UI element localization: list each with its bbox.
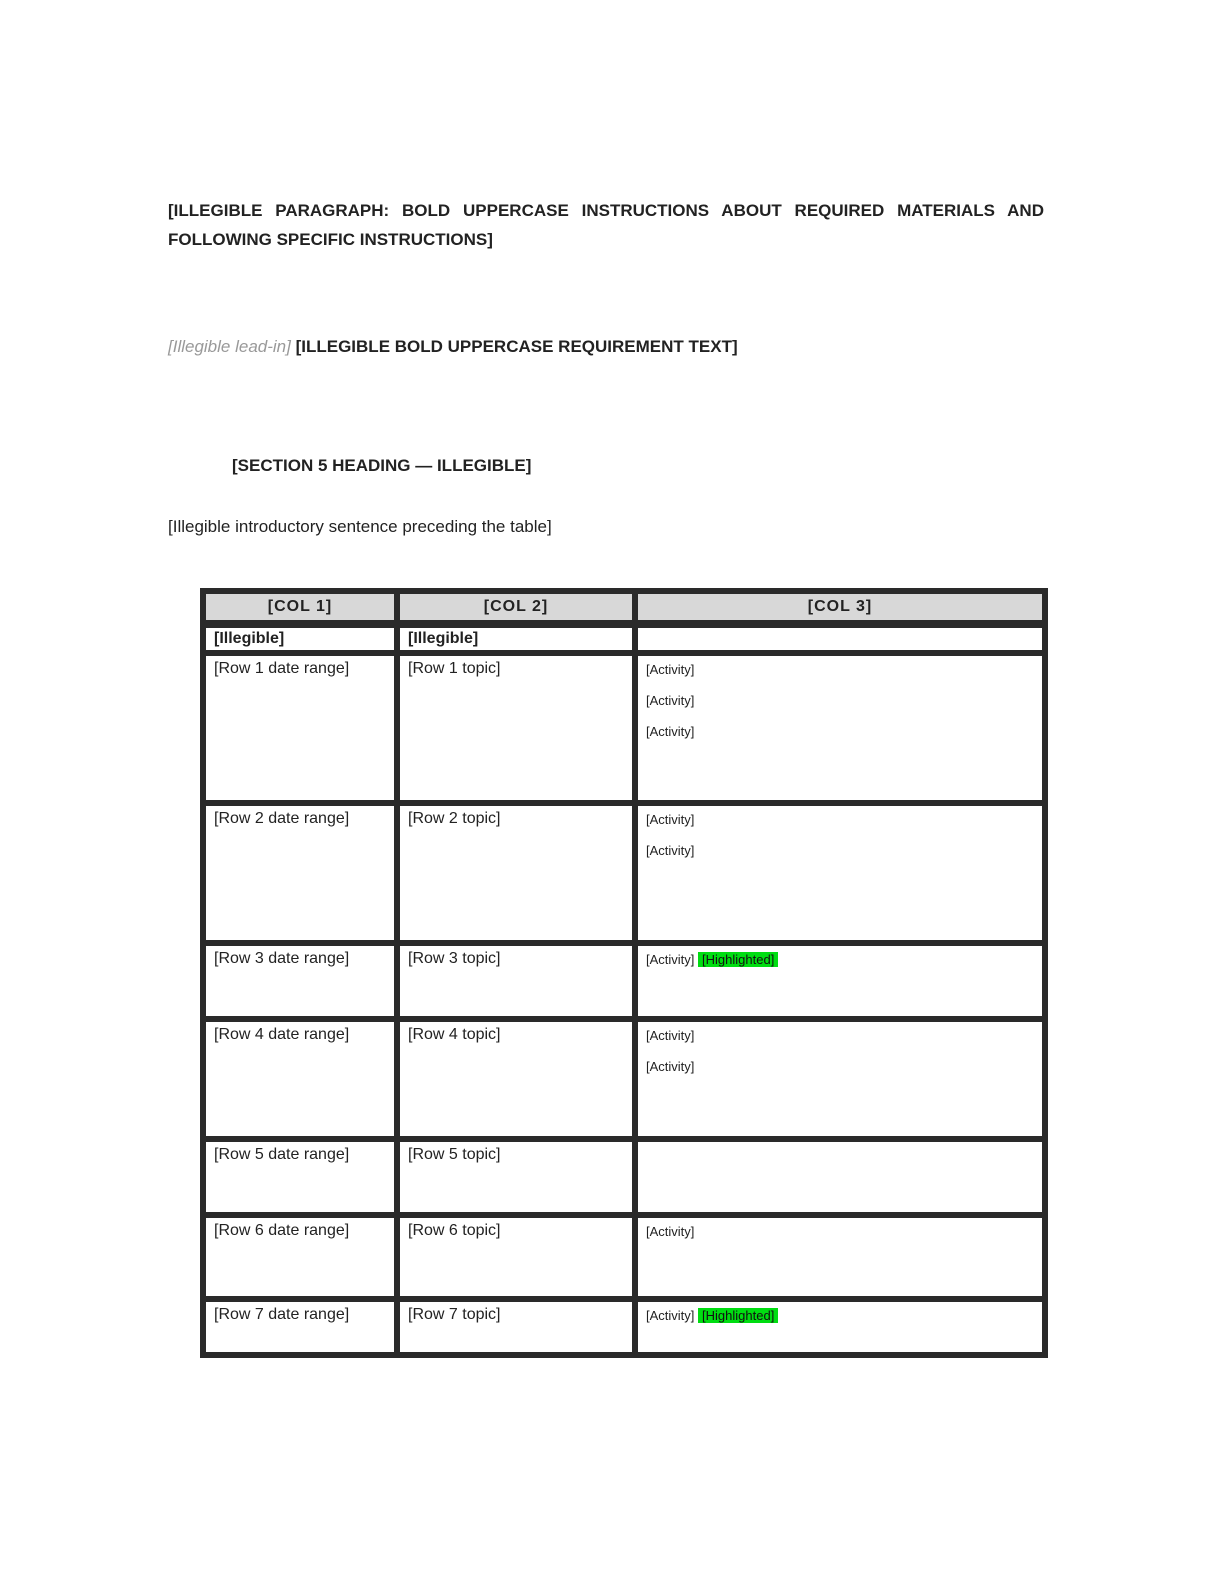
topic-cell: [Row 1 topic] [397, 653, 635, 803]
activity-label: [Activity] [646, 843, 694, 858]
activity-text: [Activity] [Highlighted] [646, 950, 1034, 969]
activity-label: [Activity] [646, 1308, 694, 1323]
topic-cell: [Row 3 topic] [397, 943, 635, 1019]
table-row: [Row 3 date range][Row 3 topic][Activity… [203, 943, 1045, 1019]
date-cell: [Row 3 date range] [203, 943, 397, 1019]
activity-text: [Activity] [646, 810, 1034, 829]
activities-cell: [Activity] [635, 1215, 1045, 1299]
activity-label: [Activity] [646, 693, 694, 708]
requirement-bold: [Illegible bold uppercase requirement te… [296, 337, 738, 356]
date-cell: [Row 2 date range] [203, 803, 397, 943]
activity-text: [Activity] [646, 1057, 1034, 1076]
header-col-3: [Col 3] [635, 591, 1045, 624]
table-header-row: [Col 1] [Col 2] [Col 3] [203, 591, 1045, 624]
table-row: [Row 7 date range][Row 7 topic][Activity… [203, 1299, 1045, 1355]
activity-label: [Activity] [646, 724, 694, 739]
activity-label: [Activity] [646, 662, 694, 677]
activity-text: [Activity] [646, 660, 1034, 679]
activity-label: [Activity] [646, 1224, 694, 1239]
instructions-paragraph: [Illegible paragraph: bold uppercase ins… [168, 196, 1044, 254]
date-cell: [Row 1 date range] [203, 653, 397, 803]
highlighted-text: [Highlighted] [698, 1308, 778, 1323]
activities-cell [635, 1139, 1045, 1215]
activities-cell: [Activity][Activity][Activity] [635, 653, 1045, 803]
date-cell: [Row 7 date range] [203, 1299, 397, 1355]
date-cell: [Row 4 date range] [203, 1019, 397, 1139]
topic-cell: [Row 4 topic] [397, 1019, 635, 1139]
header-col-1: [Col 1] [203, 591, 397, 624]
activities-cell: [Activity] [Highlighted] [635, 943, 1045, 1019]
table-row: [Row 1 date range][Row 1 topic][Activity… [203, 653, 1045, 803]
header-col-2: [Col 2] [397, 591, 635, 624]
activity-text: [Activity] [646, 1026, 1034, 1045]
activity-text: [Activity] [646, 691, 1034, 710]
activities-cell: [Activity] [Highlighted] [635, 1299, 1045, 1355]
date-cell: [Row 6 date range] [203, 1215, 397, 1299]
activity-text: [Activity] [646, 722, 1034, 741]
activity-label: [Activity] [646, 812, 694, 827]
activities-cell: [Activity][Activity] [635, 803, 1045, 943]
table-intro-row: [Illegible] [Illegible] [203, 624, 1045, 653]
cell: [Illegible] [203, 624, 397, 653]
table-intro: [Illegible introductory sentence precedi… [168, 512, 1044, 541]
topic-cell: [Row 2 topic] [397, 803, 635, 943]
topic-cell: [Row 7 topic] [397, 1299, 635, 1355]
table-row: [Row 5 date range][Row 5 topic] [203, 1139, 1045, 1215]
table-row: [Row 2 date range][Row 2 topic][Activity… [203, 803, 1045, 943]
cell [635, 624, 1045, 653]
document-page: [Illegible paragraph: bold uppercase ins… [0, 0, 1224, 1584]
activity-label: [Activity] [646, 1059, 694, 1074]
topic-cell: [Row 6 topic] [397, 1215, 635, 1299]
highlighted-text: [Highlighted] [698, 952, 778, 967]
activity-text: [Activity] [646, 841, 1034, 860]
requirement-paragraph: [Illegible lead-in] [Illegible bold uppe… [168, 332, 1044, 361]
topic-cell: [Row 5 topic] [397, 1139, 635, 1215]
activities-cell: [Activity][Activity] [635, 1019, 1045, 1139]
table-row: [Row 4 date range][Row 4 topic][Activity… [203, 1019, 1045, 1139]
section-heading: [Section 5 heading — illegible] [232, 456, 531, 476]
cell: [Illegible] [397, 624, 635, 653]
date-cell: [Row 5 date range] [203, 1139, 397, 1215]
activity-text: [Activity] [Highlighted] [646, 1306, 1034, 1325]
schedule-table: [Col 1] [Col 2] [Col 3] [Illegible] [Ill… [200, 588, 1048, 1358]
table-row: [Row 6 date range][Row 6 topic][Activity… [203, 1215, 1045, 1299]
activity-label: [Activity] [646, 1028, 694, 1043]
activity-label: [Activity] [646, 952, 694, 967]
activity-text: [Activity] [646, 1222, 1034, 1241]
requirement-lead: [Illegible lead-in] [168, 337, 291, 356]
